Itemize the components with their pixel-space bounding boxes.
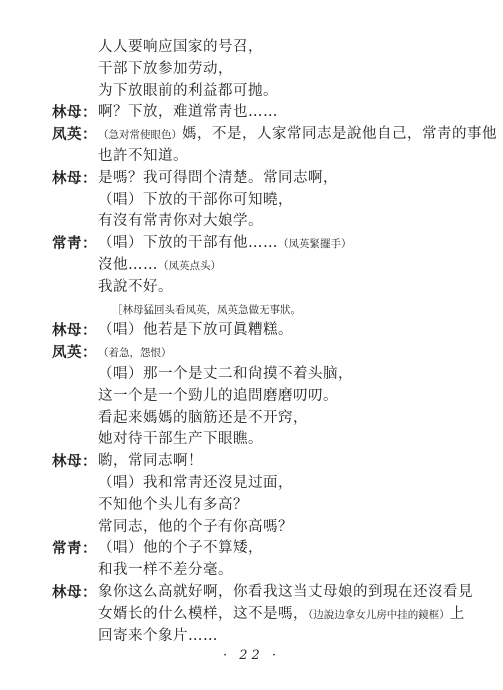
dialogue-text: 上 — [450, 606, 465, 622]
dialogue-text: 也許不知道。 — [98, 148, 188, 164]
script-body: 人人要响应国家的号召，干部下放参加劳动，为下放眼前的利益都可抛。林母：啊？下放，… — [0, 37, 503, 647]
script-line: 回寄来个象片…… — [0, 626, 503, 648]
dialogue-text: 喲，常同志啊！ — [98, 453, 203, 469]
speaker-name: 林母： — [52, 102, 97, 124]
script-line: 她对待干部生产下眼瞧。 — [0, 429, 503, 451]
script-line: 女婿长的什么模样，这不是嗎，（边說边拿女儿房中挂的鏡框）上 — [0, 604, 503, 626]
speaker-name: 常靑： — [52, 538, 97, 560]
dialogue-text: 啊？下放，难道常靑也…… — [98, 104, 278, 120]
script-line: 常靑：（唱）他的个子不算矮， — [0, 538, 503, 560]
dialogue-text: 不知他个头儿有多高？ — [98, 497, 248, 513]
script-line: 林母：象你这么高就好啊，你看我这当丈母娘的到現在还沒看見 — [0, 582, 503, 604]
stage-direction-text: （边說边拿女儿房中挂的鏡框） — [308, 609, 450, 621]
speaker-name: 林母： — [52, 320, 97, 342]
speaker-name: 林母： — [52, 168, 97, 190]
dialogue-text: 象你这么高就好啊，你看我这当丈母娘的到現在还沒看見 — [98, 584, 473, 600]
dialogue-text: （唱）我和常靑还沒見过面， — [98, 475, 293, 491]
dialogue-text: 和我一样不差分毫。 — [98, 562, 233, 578]
script-line: 干部下放参加劳动， — [0, 59, 503, 81]
script-line: 为下放眼前的利益都可抛。 — [0, 81, 503, 103]
dialogue-text: 干部下放参加劳动， — [98, 61, 233, 77]
script-line: （唱）我和常靑还沒見过面， — [0, 473, 503, 495]
script-line: 我說不好。 — [0, 277, 503, 299]
script-line: （唱）下放的干部你可知曉， — [0, 190, 503, 212]
stage-direction-text: （急对常使眼色） — [98, 129, 182, 141]
dialogue-text: 有沒有常靑你对大娘学。 — [98, 213, 263, 229]
script-line: 常同志，他的个子有你高嗎？ — [0, 517, 503, 539]
dialogue-text: 媽，不是，人家常同志是說他自己，常靑的事他 — [182, 126, 497, 142]
script-line: 这一个是一个勁儿的追問磨磨叨叨。 — [0, 386, 503, 408]
script-line: 看起来媽媽的脑筋还是不开窍， — [0, 408, 503, 430]
stage-direction-text: （凤英点头） — [158, 260, 221, 272]
dialogue-text: （唱）那一个是丈二和尙摸不着头脑， — [98, 366, 353, 382]
speaker-name: 常靑： — [52, 233, 97, 255]
script-line: 人人要响应国家的号召， — [0, 37, 503, 59]
script-line: 常靑：（唱）下放的干部有他……（凤英緊擺手） — [0, 233, 503, 255]
dialogue-text: 女婿长的什么模样，这不是嗎， — [98, 606, 308, 622]
stage-direction-text: ［林母猛回头看凤英，凤英急做无事狀。 — [112, 304, 301, 316]
script-line: 林母：喲，常同志啊！ — [0, 451, 503, 473]
dialogue-text: 她对待干部生产下眼瞧。 — [98, 431, 263, 447]
dialogue-text: 是嗎？我可得問个清楚。常同志啊， — [98, 170, 338, 186]
script-line: 林母：（唱）他若是下放可眞糟糕。 — [0, 320, 503, 342]
dialogue-text: （唱）他的个子不算矮， — [98, 540, 263, 556]
script-line: 林母：啊？下放，难道常靑也…… — [0, 102, 503, 124]
scanned-page: 人人要响应国家的号召，干部下放参加劳动，为下放眼前的利益都可抛。林母：啊？下放，… — [0, 0, 503, 690]
script-line: 凤英：（着急，怨恨） — [0, 342, 503, 364]
page-number: · 22 · — [0, 648, 503, 663]
dialogue-text: （唱）下放的干部有他…… — [98, 235, 278, 251]
speaker-name: 林母： — [52, 451, 97, 473]
script-line: 和我一样不差分毫。 — [0, 560, 503, 582]
script-line: 也許不知道。 — [0, 146, 503, 168]
script-line: 林母：是嗎？我可得問个清楚。常同志啊， — [0, 168, 503, 190]
stage-direction-text: （凤英緊擺手） — [278, 238, 352, 250]
script-line: 沒他……（凤英点头） — [0, 255, 503, 277]
dialogue-text: 这一个是一个勁儿的追問磨磨叨叨。 — [98, 388, 338, 404]
dialogue-text: （唱）他若是下放可眞糟糕。 — [98, 322, 293, 338]
dialogue-text: （唱）下放的干部你可知曉， — [98, 192, 293, 208]
dialogue-text: 沒他…… — [98, 257, 158, 273]
script-line: ［林母猛回头看凤英，凤英急做无事狀。 — [0, 299, 503, 321]
stage-direction-text: （着急，怨恨） — [98, 347, 172, 359]
dialogue-text: 我說不好。 — [98, 279, 173, 295]
dialogue-text: 人人要响应国家的号召， — [98, 39, 263, 55]
script-line: 凤英：（急对常使眼色）媽，不是，人家常同志是說他自己，常靑的事他 — [0, 124, 503, 146]
dialogue-text: 回寄来个象片…… — [98, 628, 218, 644]
dialogue-text: 看起来媽媽的脑筋还是不开窍， — [98, 410, 308, 426]
dialogue-text: 常同志，他的个子有你高嗎？ — [98, 519, 293, 535]
dialogue-text: 为下放眼前的利益都可抛。 — [98, 83, 278, 99]
script-line: 不知他个头儿有多高？ — [0, 495, 503, 517]
script-line: 有沒有常靑你对大娘学。 — [0, 211, 503, 233]
speaker-name: 林母： — [52, 582, 97, 604]
speaker-name: 凤英： — [52, 124, 97, 146]
script-line: （唱）那一个是丈二和尙摸不着头脑， — [0, 364, 503, 386]
speaker-name: 凤英： — [52, 342, 97, 364]
